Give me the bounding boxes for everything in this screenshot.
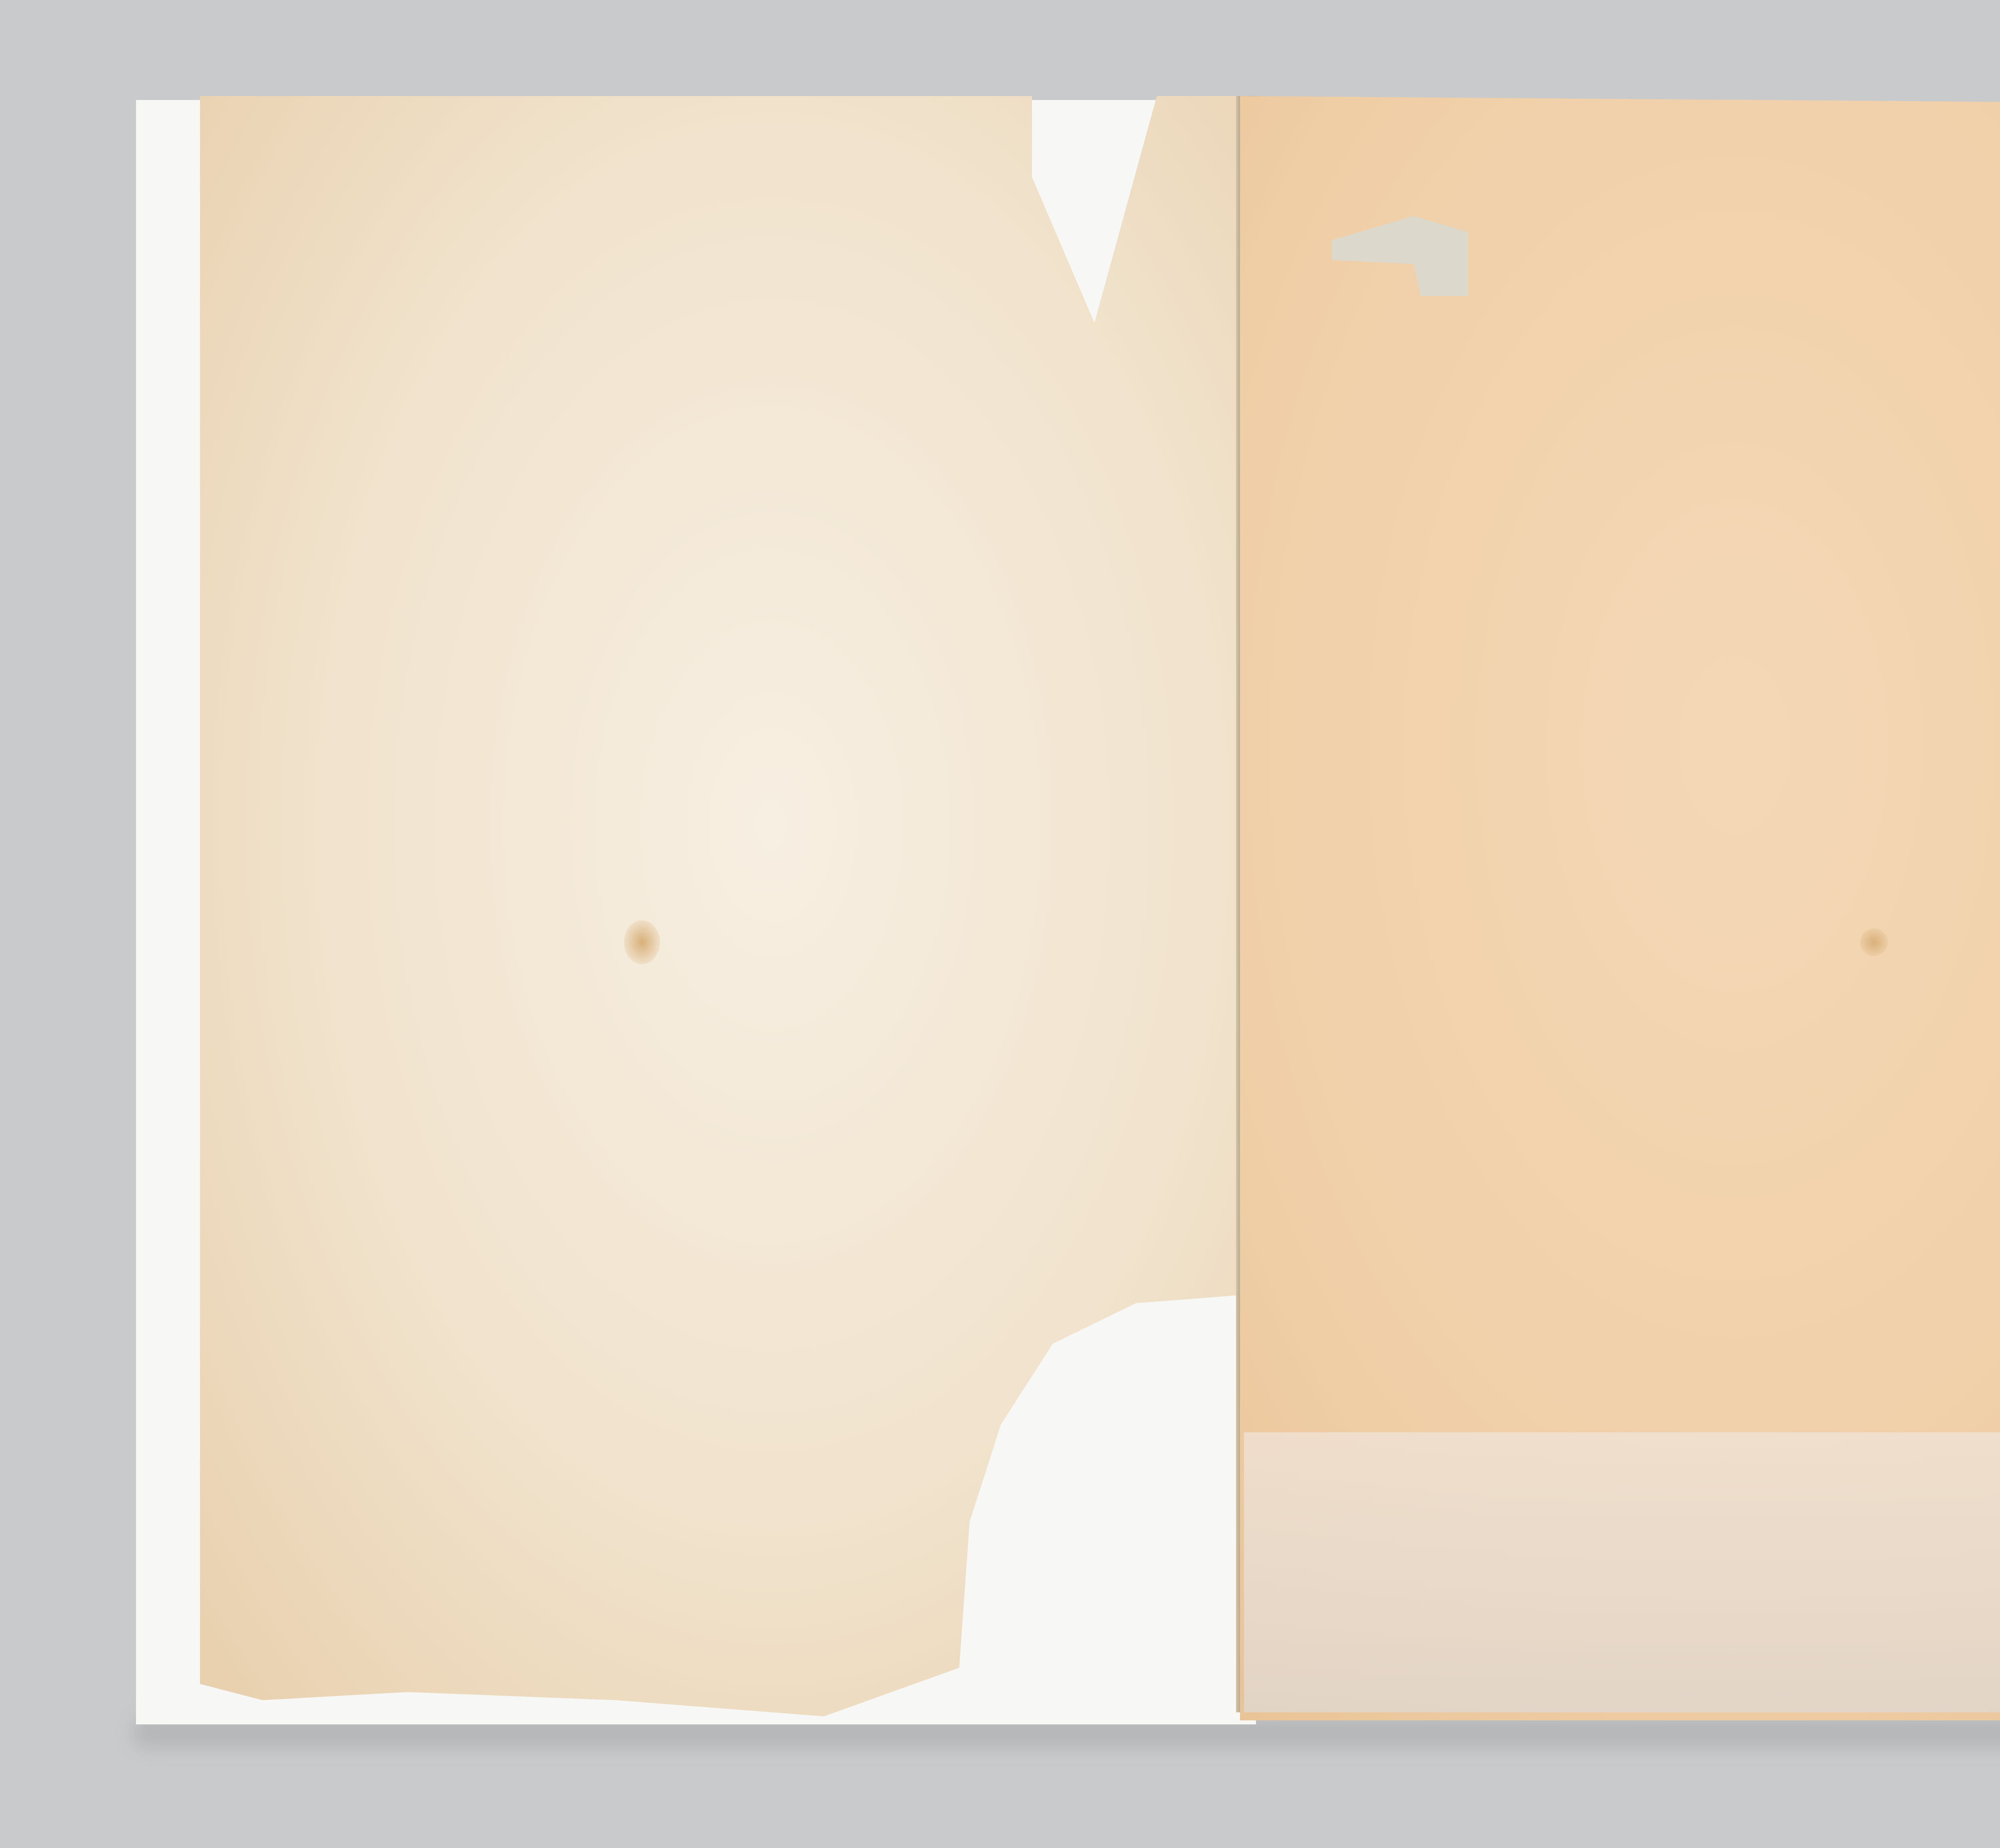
photo-scene (0, 0, 2000, 1848)
repair-tape-strip (1244, 1432, 2000, 1712)
foxing-stain (624, 920, 660, 964)
foxing-stain (1860, 928, 1888, 956)
